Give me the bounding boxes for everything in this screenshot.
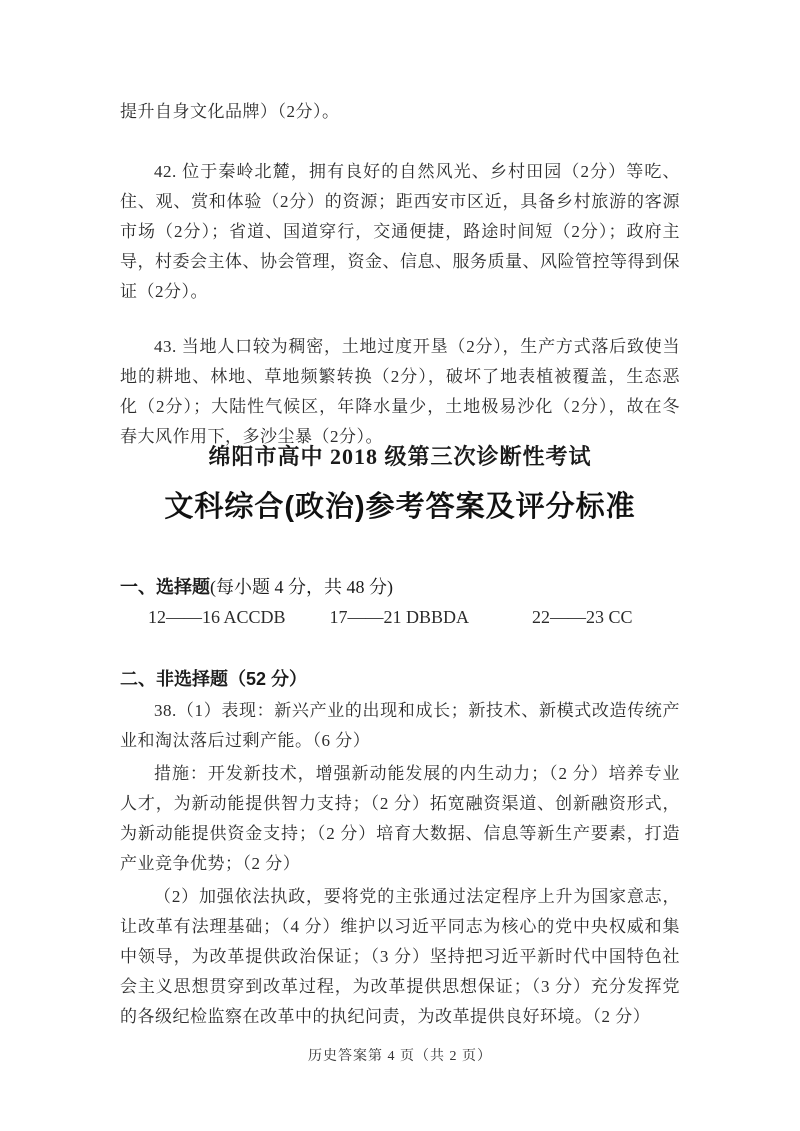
answer-42: 42. 位于秦岭北麓，拥有良好的自然风光、乡村田园（2分）等吃、住、观、赏和体验…: [120, 157, 680, 307]
answer-41-fragment: 提升自身文化品牌）（2分）。: [120, 97, 680, 127]
answers-group-12-16: 12——16 ACCDB: [148, 602, 286, 632]
answer-43: 43. 当地人口较为稠密，土地过度开垦（2分），生产方式落后致使当地的耕地、林地…: [120, 332, 680, 452]
answer-key-title: 文科综合(政治)参考答案及评分标准: [120, 488, 680, 526]
section-1-heading-note: (每小题 4 分，共 48 分): [210, 577, 393, 597]
answer-38-part1: 38.（1）表现：新兴产业的出现和成长；新技术、新模式改造传统产业和淘汰落后过剩…: [120, 696, 680, 756]
answer-38-part2: （2）加强依法执政，要将党的主张通过法定程序上升为国家意志，让改革有法理基础；（…: [120, 882, 680, 1032]
section-2-heading: 二、非选择题（52 分）: [120, 664, 680, 694]
answer-38-measures: 措施：开发新技术，增强新动能发展的内生动力；（2 分）培养专业人才，为新动能提供…: [120, 759, 680, 879]
section-1-heading: 一、选择题(每小题 4 分，共 48 分): [120, 572, 680, 602]
section-1-heading-bold: 一、选择题: [120, 577, 210, 597]
answers-group-17-21: 17——21 DBBDA: [330, 602, 470, 632]
page-footer: 历史答案第 4 页（共 2 页）: [0, 1047, 800, 1067]
answers-group-22-23: 22——23 CC: [532, 602, 633, 632]
multiple-choice-answers: 12——16 ACCDB17——21 DBBDA22——23 CC: [120, 602, 680, 632]
document-page: 提升自身文化品牌）（2分）。 42. 位于秦岭北麓，拥有良好的自然风光、乡村田园…: [0, 0, 800, 1131]
document-content: 提升自身文化品牌）（2分）。 42. 位于秦岭北麓，拥有良好的自然风光、乡村田园…: [120, 0, 680, 1032]
